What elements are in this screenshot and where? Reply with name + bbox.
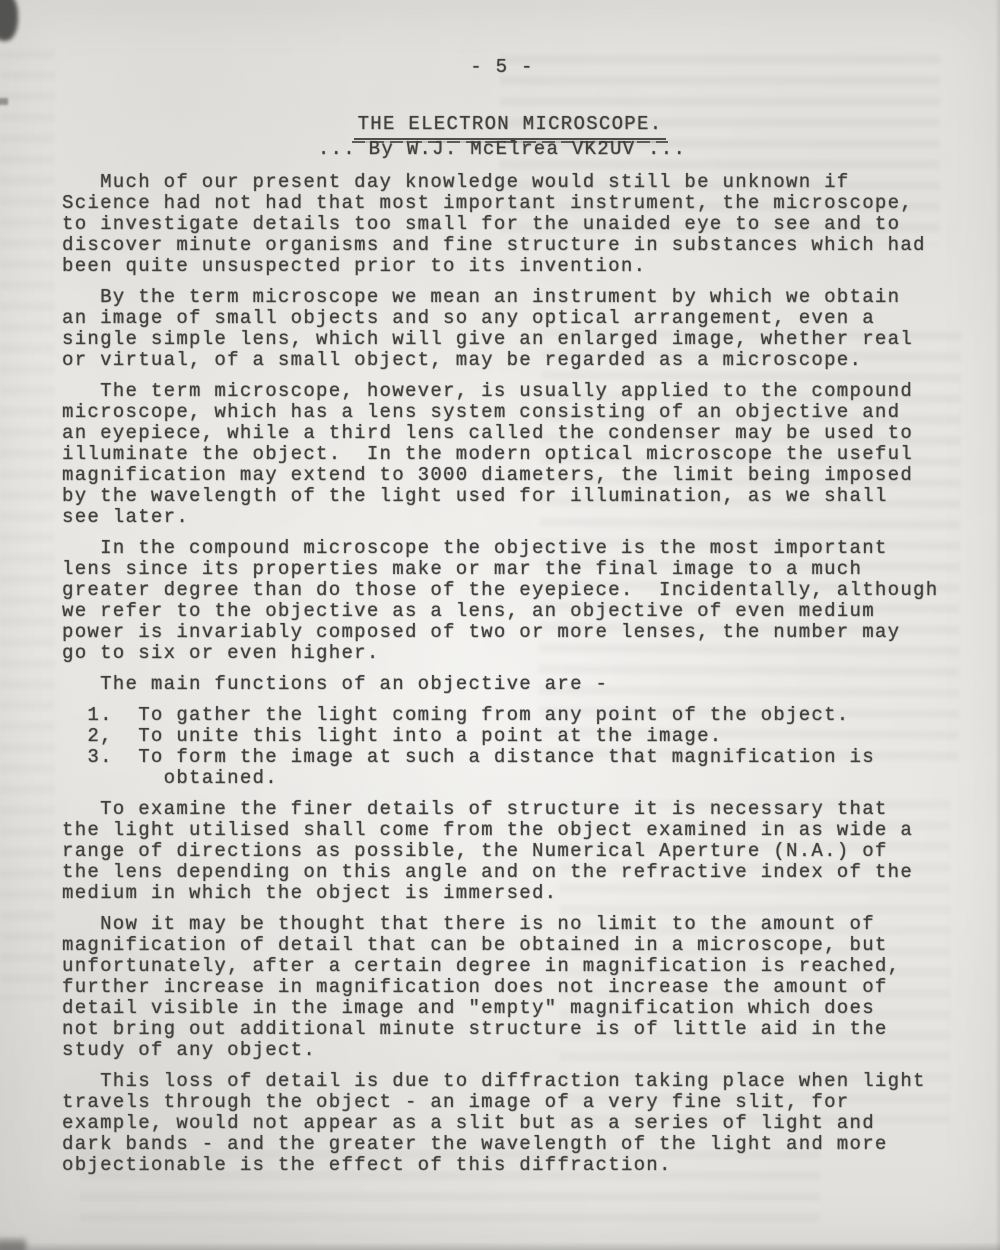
paragraph-numerical-aperture: To examine the finer details of structur… [62,799,992,904]
scan-artifact-corner [0,0,18,41]
paragraph-intro-microscope: Much of our present day knowledge would … [62,172,992,277]
bleedthrough-texture [0,50,55,1000]
list-intro: The main functions of an objective are - [62,674,992,695]
paragraph-term-microscope: By the term microscope we mean an instru… [62,287,992,371]
page-number: - 5 - [62,57,942,78]
paragraph-compound-microscope: The term microscope, however, is usually… [62,381,992,528]
objective-functions-list: 1. To gather the light coming from any p… [62,705,992,789]
document-title: THE ELECTRON MICROSCOPE. [354,114,667,140]
list-item-3: 3. To form the image at such a distance … [62,747,992,789]
paragraph-objective-importance: In the compound microscope the objective… [62,538,992,664]
scan-edge-shadow-bottom [0,1242,1000,1250]
paragraph-diffraction: This loss of detail is due to diffractio… [62,1071,992,1176]
list-item-2: 2, To unite this light into a point at t… [62,726,992,747]
paragraph-empty-magnification: Now it may be thought that there is no l… [62,914,992,1061]
scanned-document-page: - 5 - THE ELECTRON MICROSCOPE. ... By W.… [0,0,1000,1250]
list-item-1: 1. To gather the light coming from any p… [62,705,992,726]
byline: ... By W.J. McElrea VK2UV ... [62,139,942,160]
scan-artifact-left-edge [0,98,8,105]
document-body: Much of our present day knowledge would … [62,172,992,1176]
scan-edge-shadow-right [995,0,1000,1250]
